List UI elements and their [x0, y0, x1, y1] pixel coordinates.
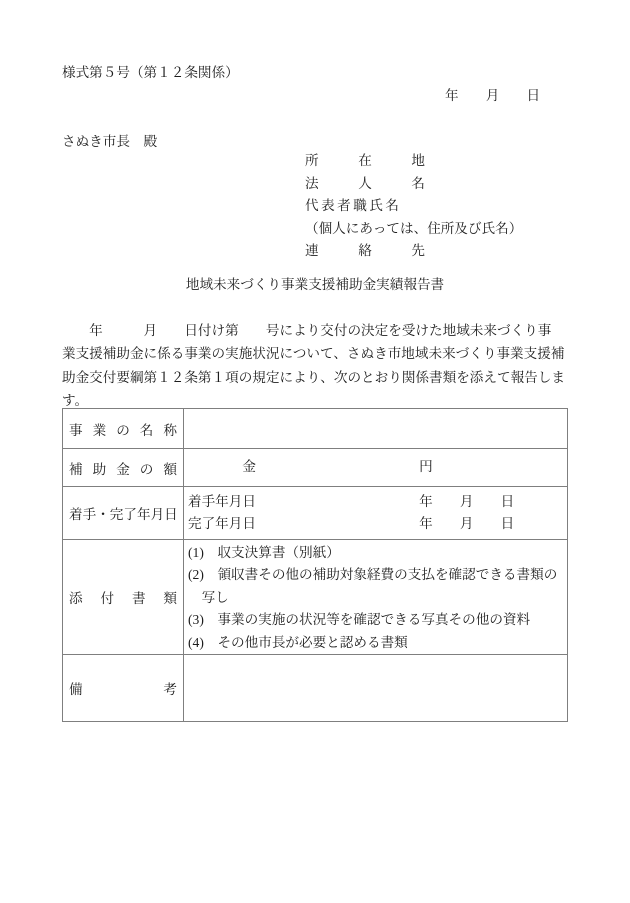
end-date-line: 完了年月日 年 月 日	[188, 513, 567, 535]
project-name-label: 事業の名称	[69, 419, 177, 439]
subsidy-amount-label-cell: 補助金の額	[63, 449, 184, 487]
body-paragraph: 年 月 日付け第 号により交付の決定を受けた地域未来づくり事 業支援補助金に係る…	[62, 319, 574, 412]
body-line: 年 月 日付け第 号により交付の決定を受けた地域未来づくり事	[62, 319, 574, 342]
attachments-label: 添付書類	[69, 587, 177, 607]
subsidy-amount-value-cell: 金 円	[184, 449, 568, 487]
attachments-label-cell: 添付書類	[63, 540, 184, 655]
applicant-address-label: 所在地	[305, 150, 425, 173]
report-table: 事業の名称 補助金の額 金 円 着手・完了年月日 着手年月日 年 月 日	[62, 408, 568, 722]
subsidy-amount-value: 金 円	[188, 456, 567, 478]
applicant-corporate-label: 法人名	[305, 173, 425, 196]
date-line: 年 月 日	[445, 87, 540, 104]
remarks-value-cell	[184, 655, 568, 722]
subsidy-amount-label: 補助金の額	[69, 458, 177, 478]
attachment-item-3: (3) 事業の実施の状況等を確認できる写真その他の資料	[188, 609, 567, 631]
project-name-value-cell	[184, 409, 568, 449]
table-row-attachments: 添付書類 (1) 収支決算書（別紙） (2) 領収書その他の補助対象経費の支払を…	[63, 540, 568, 655]
table-row-start-end-dates: 着手・完了年月日 着手年月日 年 月 日 完了年月日 年 月 日	[63, 487, 568, 540]
attachment-item-2: (2) 領収書その他の補助対象経費の支払を確認できる書類の	[188, 564, 567, 586]
addressee-line: さぬき市長 殿	[62, 133, 157, 150]
document-title: 地域未来づくり事業支援補助金実績報告書	[0, 275, 630, 295]
applicant-individual-note: （個人にあっては、住所及び氏名）	[305, 218, 522, 241]
start-end-dates-label: 着手・完了年月日	[69, 503, 177, 523]
body-line: 業支援補助金に係る事業の実施状況について、さぬき市地域未来づくり事業支援補	[62, 342, 574, 365]
form-number: 様式第５号（第１２条関係）	[62, 64, 239, 81]
applicant-representative-label: 代表者職氏名	[305, 195, 399, 218]
body-line: 助金交付要綱第１２条第１項の規定により、次のとおり関係書類を添えて報告しま	[62, 366, 574, 389]
table-row-remarks: 備考	[63, 655, 568, 722]
start-date-line: 着手年月日 年 月 日	[188, 491, 567, 513]
start-end-dates-label-cell: 着手・完了年月日	[63, 487, 184, 540]
applicant-block: 所在地 法人名 代表者職氏名 （個人にあっては、住所及び氏名） 連絡先	[305, 150, 522, 263]
remarks-label: 備考	[69, 678, 177, 698]
start-end-dates-value-cell: 着手年月日 年 月 日 完了年月日 年 月 日	[184, 487, 568, 540]
applicant-contact-label: 連絡先	[305, 240, 425, 263]
table-row-project-name: 事業の名称	[63, 409, 568, 449]
attachment-item-4: (4) その他市長が必要と認める書類	[188, 632, 567, 654]
attachment-item-2-continued: 写し	[188, 587, 567, 609]
document-page: 様式第５号（第１２条関係） 年 月 日 さぬき市長 殿 所在地 法人名 代表者職…	[0, 0, 630, 903]
project-name-label-cell: 事業の名称	[63, 409, 184, 449]
table-row-subsidy-amount: 補助金の額 金 円	[63, 449, 568, 487]
remarks-label-cell: 備考	[63, 655, 184, 722]
attachments-value-cell: (1) 収支決算書（別紙） (2) 領収書その他の補助対象経費の支払を確認できる…	[184, 540, 568, 655]
attachment-item-1: (1) 収支決算書（別紙）	[188, 542, 567, 564]
